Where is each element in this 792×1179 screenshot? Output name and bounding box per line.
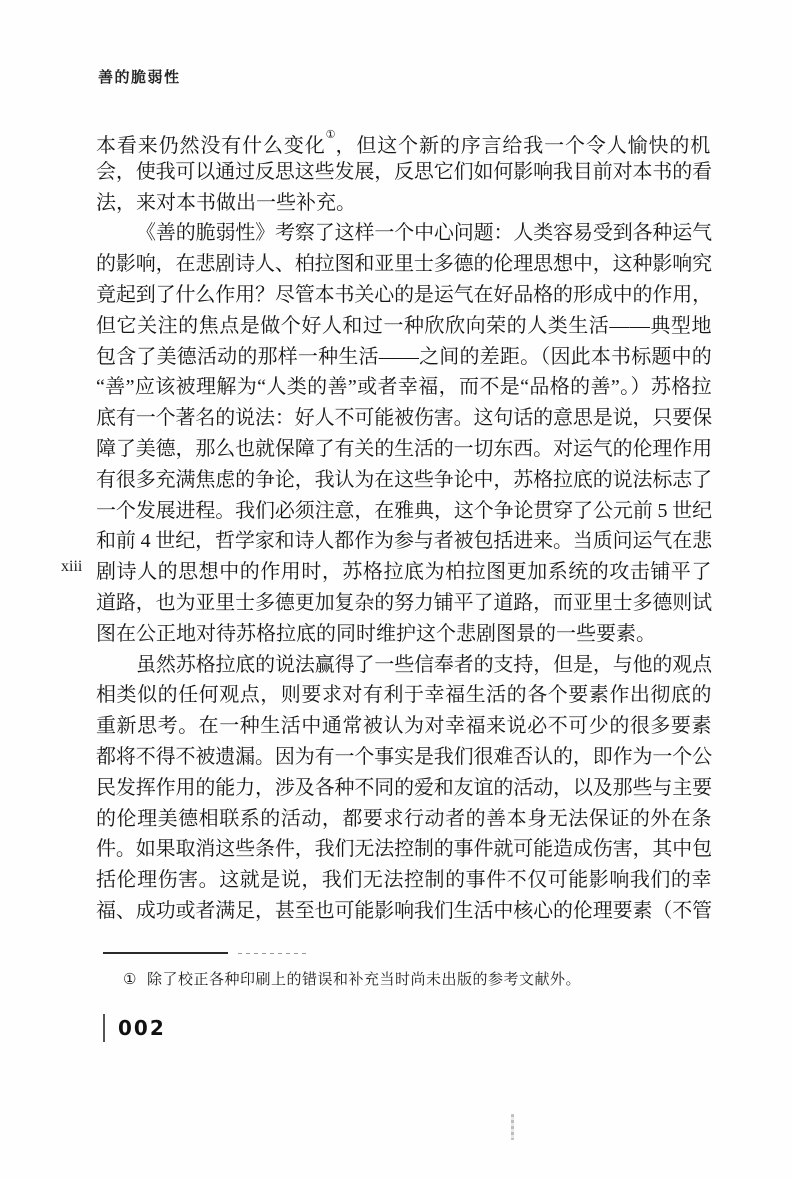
text-line: 的影响，在悲剧诗人、柏拉图和亚里士多德的伦理思想中，这种影响究 [96, 249, 712, 280]
footnote: ①除了校正各种印刷上的错误和补充当时尚未出版的参考文献外。 [123, 968, 693, 989]
folio-bar [103, 1014, 105, 1042]
text-line: 民发挥作用的能力，涉及各种不同的爱和友谊的活动，以及那些与主要 [96, 773, 712, 804]
text-line: 都将不得不被遗漏。因为有一个事实是我们很难否认的，即作为一个公 [96, 742, 712, 773]
text-line: 道路，也为亚里士多德更加复杂的努力铺平了道路，而亚里士多德则试 [96, 588, 712, 619]
body-text: 本看来仍然没有什么变化①，但这个新的序言给我一个令人愉快的机会，使我可以通过反思… [96, 126, 712, 927]
text-line: 包含了美德活动的那样一种生活——之间的差距。（因此本书标题中的 [96, 342, 712, 373]
text-line: 本看来仍然没有什么变化①，但这个新的序言给我一个令人愉快的机 [96, 126, 712, 157]
text-line: 会，使我可以通过反思这些发展，反思它们如何影响我目前对本书的看 [96, 157, 712, 188]
text-line: “善”应该被理解为“人类的善”或者幸福，而不是“品格的善”。）苏格拉 [96, 372, 712, 403]
footnote-marker: ① [123, 972, 137, 988]
running-header: 善的脆弱性 [98, 66, 181, 87]
text-line: 括伦理伤害。这就是说，我们无法控制的事件不仅可能影响我们的幸 [96, 865, 712, 896]
text-line: 图在公正地对待苏格拉底的同时维护这个悲剧图景的一些要素。 [96, 619, 712, 650]
text-line: 件。如果取消这些条件，我们无法控制的事件就可能造成伤害，其中包 [96, 834, 712, 865]
footnote-ref: ① [326, 129, 336, 141]
text-line: 的伦理美德相联系的活动，都要求行动者的善本身无法保证的外在条 [96, 804, 712, 835]
book-page: 善的脆弱性 xiii 本看来仍然没有什么变化①，但这个新的序言给我一个令人愉快的… [0, 0, 792, 1179]
text-line: 虽然苏格拉底的说法赢得了一些信奉者的支持，但是，与他的观点 [96, 650, 712, 681]
footnote-divider [103, 952, 228, 954]
text-line: 竟起到了什么作用？尽管本书关心的是运气在好品格的形成中的作用， [96, 280, 712, 311]
text-line: 底有一个著名的说法：好人不可能被伤害。这句话的意思是说，只要保 [96, 403, 712, 434]
margin-page-number: xiii [61, 558, 82, 576]
text-line: 《善的脆弱性》考察了这样一个中心问题：人类容易受到各种运气 [96, 218, 712, 249]
page-number: 002 [118, 1016, 166, 1040]
text-line: 法，来对本书做出一些补充。 [96, 188, 712, 219]
text-line: 重新思考。在一种生活中通常被认为对幸福来说必不可少的很多要素 [96, 711, 712, 742]
text-line: 剧诗人的思想中的作用时，苏格拉底为柏拉图更加系统的攻击铺平了 [96, 557, 712, 588]
text-line: 相类似的任何观点，则要求对有利于幸福生活的各个要素作出彻底的 [96, 680, 712, 711]
text-line: 和前 4 世纪，哲学家和诗人都作为参与者被包括进来。当质问运气在悲 [96, 526, 712, 557]
text-line: 障了美德，那么也就保障了有关的生活的一切东西。对运气的伦理作用 [96, 434, 712, 465]
text-line: 福、成功或者满足，甚至也可能影响我们生活中核心的伦理要素（不管 [96, 896, 712, 927]
footnote-divider-faint [238, 953, 308, 954]
footnote-text: 除了校正各种印刷上的错误和补充当时尚未出版的参考文献外。 [147, 972, 581, 988]
folio: 002 [103, 1014, 166, 1042]
text-line: 但它关注的焦点是做个好人和过一种欣欣向荣的人类生活——典型地 [96, 311, 712, 342]
text-line: 有很多充满焦虑的争论，我认为在这些争论中，苏格拉底的说法标志了 [96, 465, 712, 496]
text-line: 一个发展进程。我们必须注意，在雅典，这个争论贯穿了公元前 5 世纪 [96, 496, 712, 527]
scan-smudge [511, 1114, 514, 1140]
